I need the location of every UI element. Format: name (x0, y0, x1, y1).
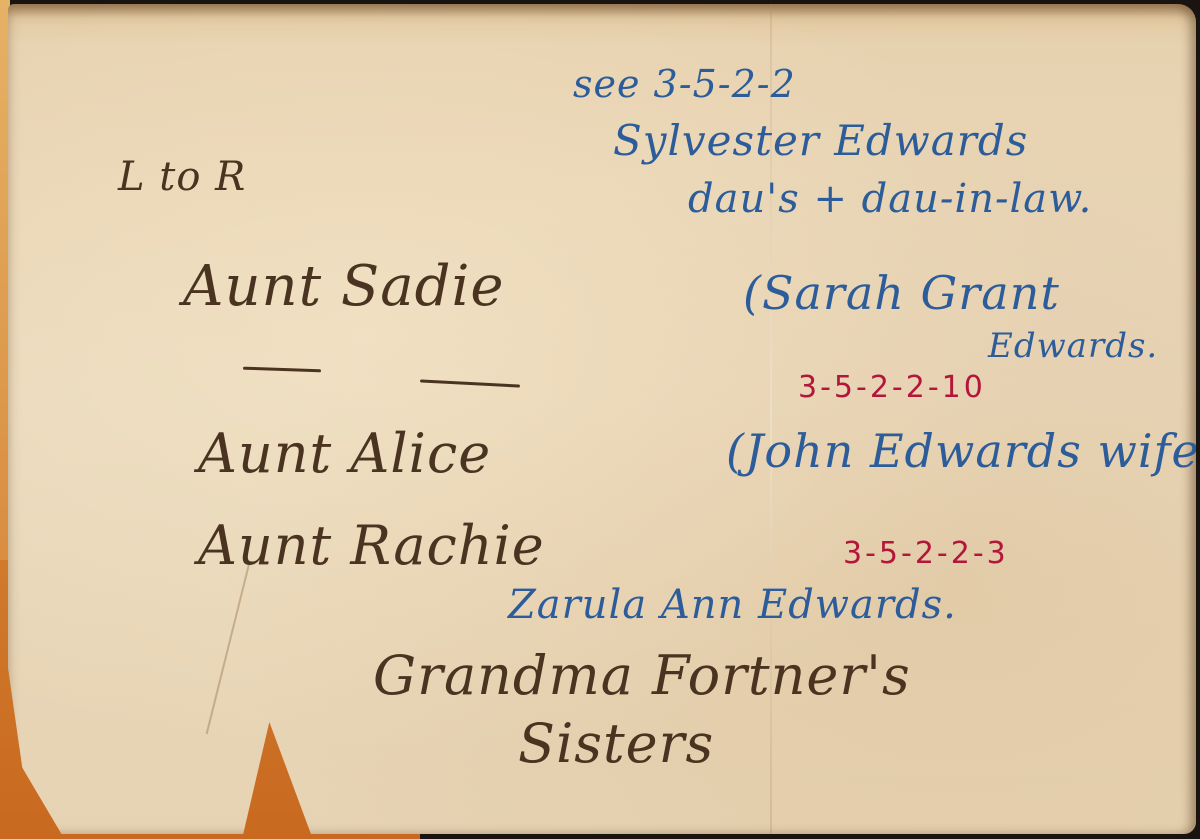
handwritten-card: see 3-5-2-2 Sylvester Edwards dau's + da… (8, 4, 1196, 834)
entry-3-code: 3-5-2-2-3 (843, 536, 1009, 571)
entry-3-annotation: Zarula Ann Edwards. (508, 582, 957, 628)
entry-1-annotation: (Sarah Grant (743, 266, 1060, 320)
entry-1-annotation-cont: Edwards. (988, 326, 1158, 366)
card-heading: L to R (118, 154, 246, 200)
entry-2-annotation: (John Edwards wife) (726, 424, 1200, 478)
footer-line-2: Sisters (518, 712, 714, 775)
dash-mark-2 (420, 379, 520, 387)
entry-3-name: Aunt Rachie (198, 514, 545, 577)
blue-note-reference: see 3-5-2-2 (573, 62, 796, 106)
blue-note-name: Sylvester Edwards (613, 116, 1028, 165)
card-tear-crease (206, 564, 250, 734)
dash-mark-1 (243, 367, 321, 373)
blue-note-relation: dau's + dau-in-law. (688, 176, 1092, 222)
entry-1-code: 3-5-2-2-10 (798, 370, 986, 405)
entry-1-name: Aunt Sadie (183, 254, 505, 319)
footer-line-1: Grandma Fortner's (373, 644, 911, 707)
entry-2-name: Aunt Alice (198, 422, 491, 485)
